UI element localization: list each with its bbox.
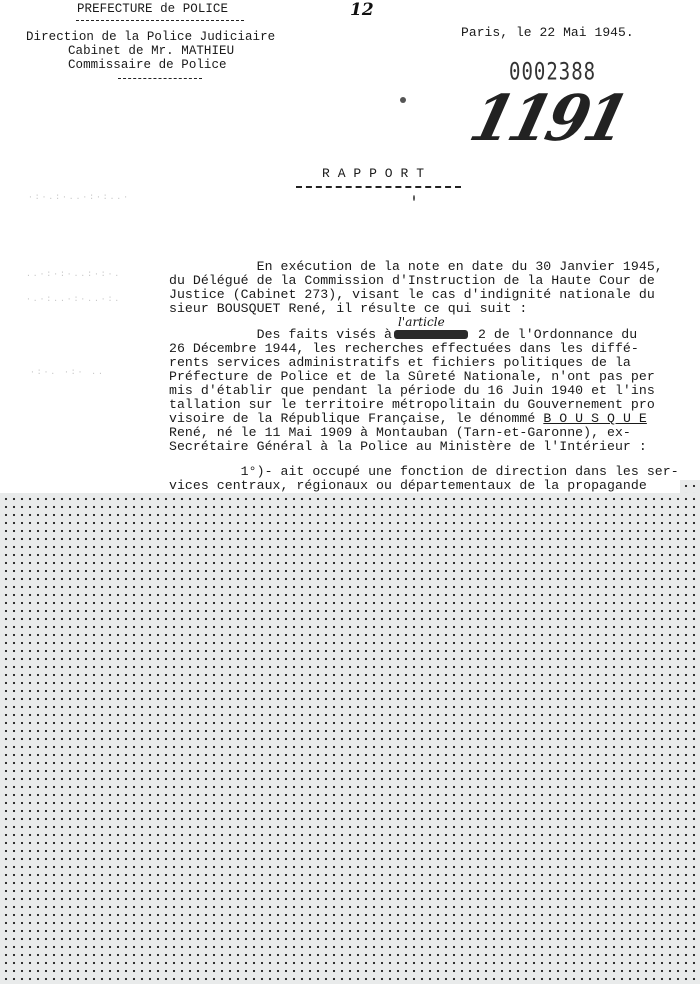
- struck-word-correction: l'article: [392, 328, 470, 342]
- handwritten-correction: l'article: [398, 316, 445, 330]
- text-line: vices centraux, régionaux ou département…: [169, 479, 647, 493]
- letterhead-prefecture: PREFECTURE de POLICE: [77, 3, 228, 17]
- text-segment: Des faits visés à: [169, 327, 392, 342]
- text-line: du Délégué de la Commission d'Instructio…: [169, 274, 655, 288]
- handwritten-page-number: 12: [350, 0, 374, 20]
- text-line: visoire de la République Française, le d…: [169, 412, 647, 426]
- scan-noise: ..·:·:·..:·:·.: [26, 270, 121, 279]
- text-line: sieur BOUSQUET René, il résulte ce qui s…: [169, 302, 527, 316]
- text-line: 26 Décembre 1944, les recherches effectu…: [169, 342, 639, 356]
- text-line: 1°)- ait occupé une fonction de directio…: [169, 465, 679, 479]
- masked-region: [0, 493, 700, 984]
- text-line: rents services administratifs et fichier…: [169, 356, 631, 370]
- struck-out-text: [394, 330, 468, 339]
- text-line: Des faits visés àl'article 2 de l'Ordonn…: [169, 328, 637, 342]
- document-page: PREFECTURE de POLICE Direction de la Pol…: [0, 0, 700, 984]
- text-line: tallation sur le territoire métropolitai…: [169, 398, 655, 412]
- dateline: Paris, le 22 Mai 1945.: [461, 26, 634, 40]
- text-segment: visoire de la République Française, le d…: [169, 411, 543, 426]
- scan-noise: ·:·. ·:· ..: [30, 368, 105, 377]
- letterhead-division: Direction de la Police Judiciaire: [26, 31, 275, 45]
- letterhead-divider-bottom: [118, 78, 202, 79]
- text-line: René, né le 11 Mai 1909 à Montauban (Tar…: [169, 426, 631, 440]
- text-line: Préfecture de Police et de la Sûreté Nat…: [169, 370, 655, 384]
- ink-speck: [400, 97, 406, 103]
- ink-speck: [413, 195, 415, 201]
- letterhead-role: Commissaire de Police: [68, 59, 227, 73]
- letterhead-divider-top: [76, 20, 244, 21]
- text-line: En exécution de la note en date du 30 Ja…: [169, 260, 663, 274]
- report-title: R A P P O R T: [322, 167, 424, 181]
- text-line: Justice (Cabinet 273), visant le cas d'i…: [169, 288, 655, 302]
- letterhead-office: Cabinet de Mr. MATHIEU: [68, 45, 234, 59]
- title-underline: [296, 186, 461, 188]
- masked-region-notch: [680, 480, 700, 493]
- underlined-name: B O U S Q U E: [543, 411, 647, 426]
- handwritten-file-number: 1191: [463, 82, 632, 156]
- scan-noise: ·:·.:·..·:·:..·: [28, 193, 130, 202]
- text-line: Secrétaire Général à la Police au Minist…: [169, 440, 647, 454]
- text-line: mis d'établir que pendant la période du …: [169, 384, 655, 398]
- text-segment: 2 de l'Ordonnance du: [470, 327, 637, 342]
- scan-noise: ·.·:..·:·..·:.: [26, 295, 121, 304]
